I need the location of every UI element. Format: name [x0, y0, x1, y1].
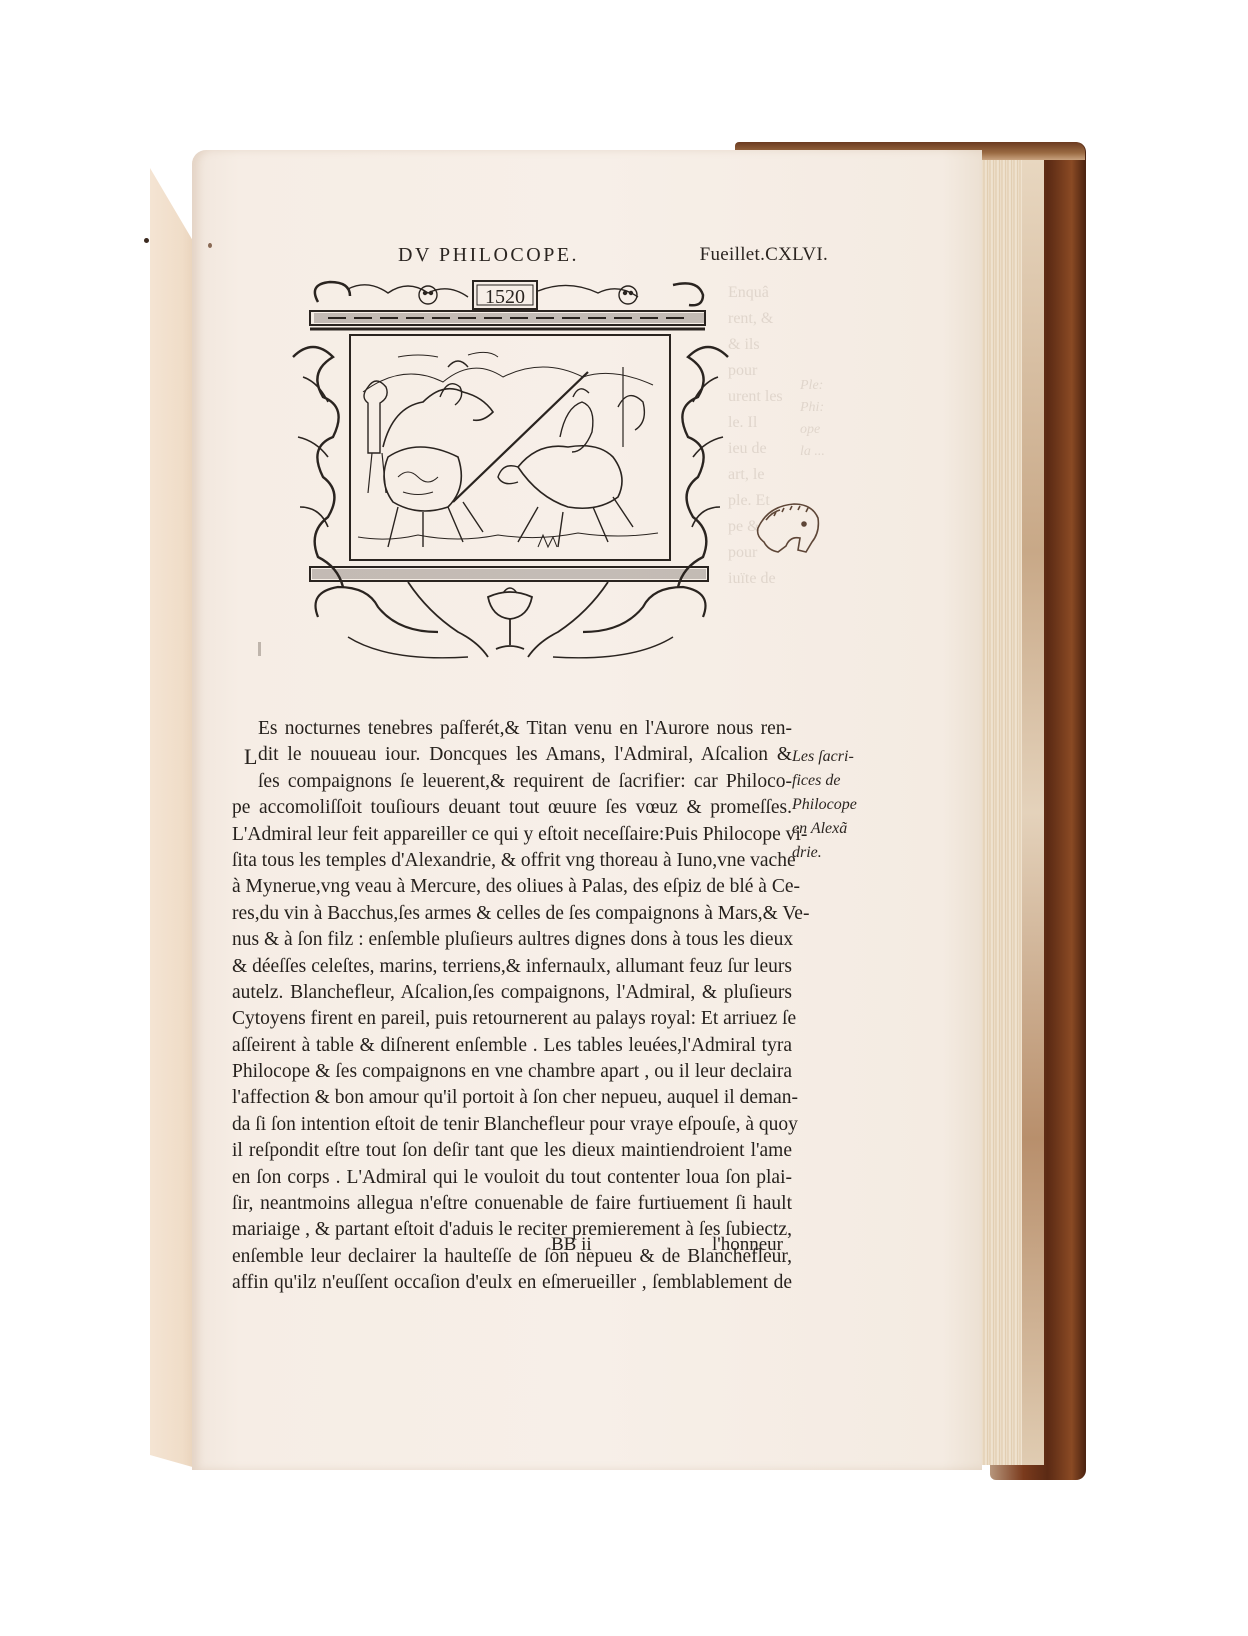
text-line: en ſon corps . L'Admiral qui le vouloit …: [232, 1165, 792, 1191]
running-head: DV PHILOCOPE. Fueillet.CXLVI.: [398, 244, 828, 270]
text-line: affin qu'ilz n'euſſent occaſion d'eulx e…: [232, 1270, 792, 1296]
text-line: dit le nouueau iour. Doncques les Amans,…: [232, 742, 792, 768]
catchword: l'honneur: [712, 1234, 783, 1256]
running-head-title: DV PHILOCOPE.: [398, 244, 579, 267]
book-photograph: Enquârent, && ilspoururent lesle. Ilieu …: [0, 0, 1248, 1636]
text-line: autelz. Blanchefleur, Aſcalion,ſes compa…: [232, 980, 792, 1006]
woodcut-illustration: 1520: [288, 277, 733, 667]
margin-note-line: Les ſacri-: [792, 745, 872, 769]
facing-leaf: [150, 168, 196, 1468]
margin-note-line: drie.: [792, 841, 872, 865]
text-line: ſita tous les temples d'Alexandrie, & of…: [232, 848, 792, 874]
text-line: Cytoyens firent en pareil, puis retourne…: [232, 1006, 792, 1032]
margin-mark: [258, 642, 261, 656]
woodcut-date: 1520: [485, 286, 525, 308]
margin-note-line: fices de: [792, 769, 872, 793]
body-text: Es nocturnes tenebres paſferét,& Titan v…: [232, 716, 792, 1297]
margin-note-line: en Alexã: [792, 817, 872, 841]
marginal-note: Les ſacri- fices de Philocope en Alexã d…: [792, 745, 872, 865]
text-line: aſſeirent à table & diſnerent enſemble .…: [232, 1033, 792, 1059]
wormhole: [144, 238, 149, 243]
text-line: Philocope & ſes compaignons en vne chamb…: [232, 1059, 792, 1085]
text-line: nus & à ſon filz : enſemble pluſieurs au…: [232, 927, 792, 953]
text-line: L'Admiral leur feit appareiller ce qui y…: [232, 822, 792, 848]
text-line: à Mynerue,vng veau à Mercure, des oliues…: [232, 874, 792, 900]
text-line: & déeſſes celeſtes, marins, terriens,& i…: [232, 954, 792, 980]
wormhole: [208, 243, 212, 248]
text-line: res,du vin à Bacchus,ſes armes & celles …: [232, 901, 792, 927]
text-line: ſir, neantmoins allegua n'eſtre conuenab…: [232, 1191, 792, 1217]
folio-number: Fueillet.CXLVI.: [700, 244, 828, 266]
horse-head-stamp-icon: [752, 498, 824, 556]
text-line: ſes compaignons ſe leuerent,& requirent …: [232, 769, 792, 795]
show-through-margin: Ple:Phi:opela ...: [800, 375, 825, 463]
margin-note-line: Philocope: [792, 793, 872, 817]
text-line: il reſpondit eſtre tout ſon deſir tant q…: [232, 1138, 792, 1164]
text-line: pe accomoliſſoit touſiours deuant tout œ…: [232, 795, 792, 821]
text-line: l'affection & bon amour qu'il portoit à …: [232, 1085, 792, 1111]
signature-mark: BB ii: [551, 1234, 592, 1256]
text-line: Es nocturnes tenebres paſferét,& Titan v…: [232, 716, 792, 742]
fore-edge-stain: [1022, 160, 1044, 1465]
text-line: enſemble leur declairer la haulteſſe de …: [232, 1244, 792, 1270]
text-line: mariaige , & partant eſtoit d'aduis le r…: [232, 1217, 792, 1243]
text-line: da ſi ſon intention eſtoit de tenir Blan…: [232, 1112, 792, 1138]
